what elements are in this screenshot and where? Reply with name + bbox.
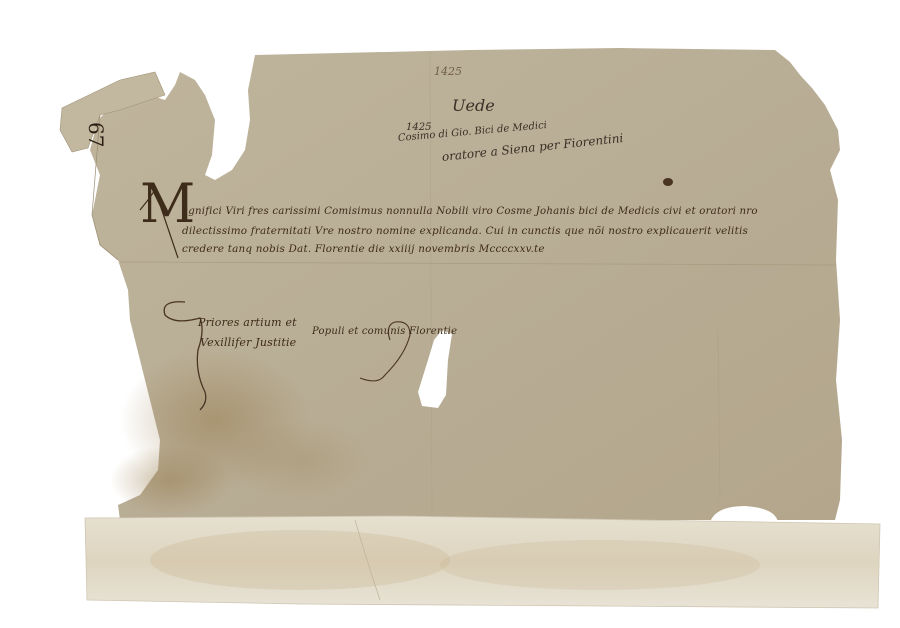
body-line-3: credere tanq nobis Dat. Florentie die xx… <box>182 243 545 255</box>
body-line-1: agnifici Viri fres carissimi Comisimus n… <box>182 206 758 217</box>
signature-line-1: Priores artium et <box>198 316 297 329</box>
year-top: 1425 <box>434 65 462 78</box>
fold-number: 67 <box>84 122 108 147</box>
note-heading: Uede <box>452 96 495 115</box>
document-photo: 67 1425 Uede 1425 Cosimo di Gio. Bici de… <box>0 0 900 628</box>
parchment-sheet <box>0 0 900 628</box>
body-line-2: dilectissimo fraternitati Vre nostro nom… <box>182 225 748 237</box>
signature-line-2: Vexillifer Justitie <box>200 336 296 349</box>
decorated-initial: M <box>140 177 195 231</box>
signature-line-3: Populi et comunis Florentie <box>312 326 457 337</box>
